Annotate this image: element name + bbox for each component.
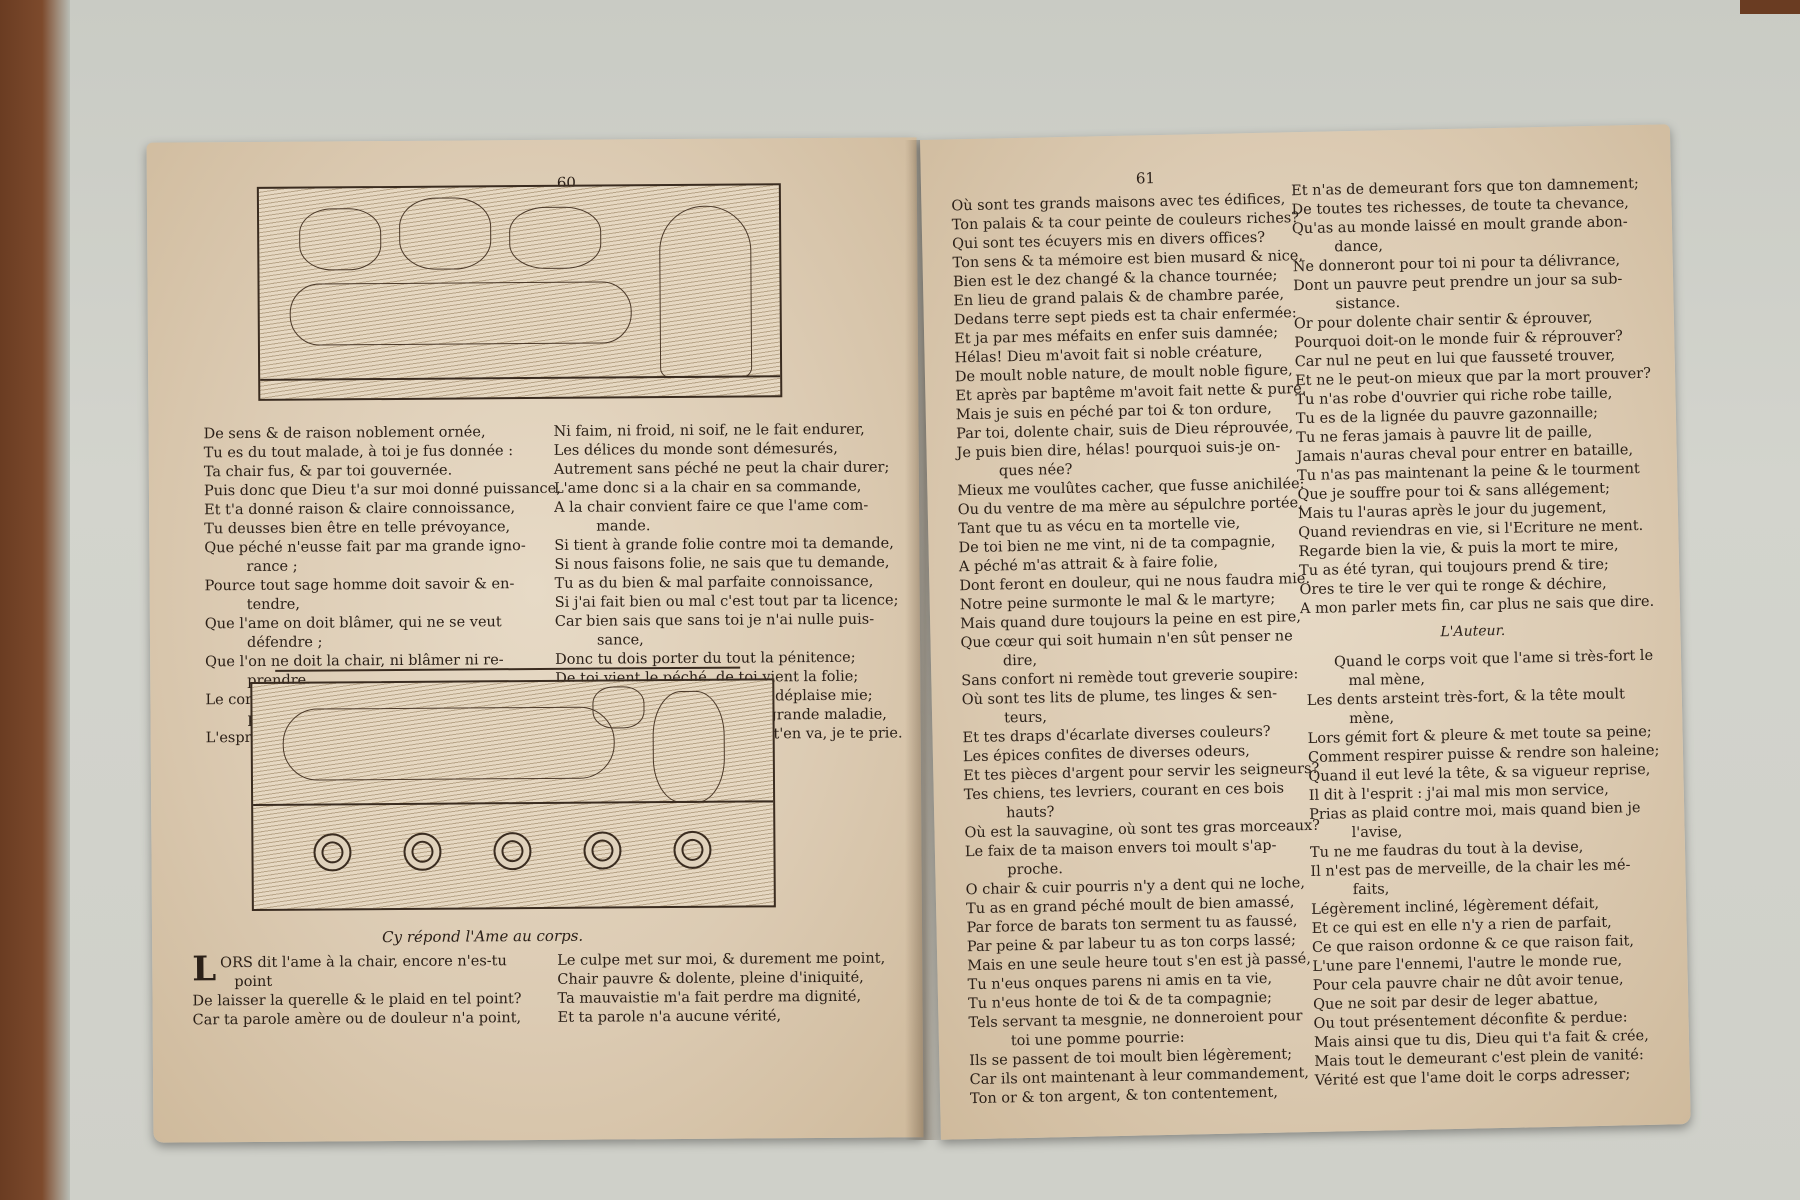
text-column-right-b: Et n'as de demeurant fors que ton damnem… xyxy=(1291,175,1656,619)
verse-line: A la chair convient faire ce que l'ame c… xyxy=(554,496,901,517)
verse-line: Et t'a donné raison & claire connoissanc… xyxy=(204,499,561,520)
verse-line: Que péché n'eusse fait par ma grande ign… xyxy=(204,537,561,558)
right-page: 61 Où sont tes grands maisons avec tes é… xyxy=(920,124,1691,1139)
rosette-ornament-icon xyxy=(403,833,441,871)
body-on-bed-icon xyxy=(290,281,632,345)
verse-line: Si tient à grande folie contre moi ta de… xyxy=(554,534,901,555)
left-page: 60 De sens & de raison noblement ornée,T… xyxy=(147,137,924,1142)
robed-figure-icon xyxy=(659,205,752,378)
verse-line: sance, xyxy=(555,629,902,650)
page-number: 61 xyxy=(1136,169,1155,187)
verse-line: Que l'ame on doit blâmer, qui ne se veut xyxy=(205,613,562,634)
text-column-right-a: Où sont tes grands maisons avec tes édif… xyxy=(951,190,1326,1109)
rosette-ornament-icon xyxy=(673,831,711,869)
illustration-caption: Cy répond l'Ame au corps. xyxy=(382,927,583,946)
verse-line: Chair pauvre & dolente, pleine d'iniquit… xyxy=(557,969,885,990)
verse-line: mande. xyxy=(554,515,901,536)
rosette-ornament-icon xyxy=(493,832,531,870)
verse-line: Car bien sais que sans toi je n'ai nulle… xyxy=(555,610,902,631)
verse-line: Si j'ai fait bien ou mal c'est tout par … xyxy=(555,591,902,612)
verse-line: Si nous faisons folie, ne sais que tu de… xyxy=(554,553,901,574)
standing-figure-icon xyxy=(652,691,725,803)
verse-line: De sens & de raison noblement ornée, xyxy=(203,423,560,444)
section-heading: L'Auteur. xyxy=(1440,623,1505,640)
verse-line: Ni faim, ni froid, ni soif, ne le fait e… xyxy=(553,420,900,441)
verse-line: Autrement sans péché ne peut la chair du… xyxy=(554,458,901,479)
verse-line: Ta mauvaistie m'a fait perdre ma dignité… xyxy=(557,988,885,1009)
text-column-bottom-b: Le culpe met sur moi, & durement me poin… xyxy=(557,950,885,1028)
body-on-tomb-icon xyxy=(282,706,614,780)
rosette-ornament-icon xyxy=(583,831,621,869)
angel-figure-icon xyxy=(299,208,381,271)
woodcut-illustration-top xyxy=(257,183,782,401)
rosette-ornament-icon xyxy=(313,833,351,871)
table-surface xyxy=(0,0,70,1200)
open-book: 60 De sens & de raison noblement ornée,T… xyxy=(150,140,1670,1145)
verse-line: Tu deusses bien être en telle prévoyance… xyxy=(204,518,561,539)
verse-line: Tu es du tout malade, à toi je fus donné… xyxy=(204,442,561,463)
verse-line: Pource tout sage homme doit savoir & en- xyxy=(205,575,562,596)
verse-line: L'ame donc si a la chair en sa commande, xyxy=(554,477,901,498)
text-column-bottom-a: LORS dit l'ame à la chair, encore n'es-t… xyxy=(192,952,522,1030)
verse-line: rance ; xyxy=(204,556,561,577)
verse-line: tendre, xyxy=(205,594,562,615)
verse-line: De laisser la querelle & le plaid en tel… xyxy=(192,990,521,1011)
text-column-right-b2: Quand le corps voit que l'ame si très-fo… xyxy=(1306,647,1667,1091)
woodcut-illustration-bottom xyxy=(250,678,776,911)
verse-line: Le culpe met sur moi, & durement me poin… xyxy=(557,950,885,971)
verse-line: Les délices du monde sont démesurés, xyxy=(554,439,901,460)
plant-pot-icon xyxy=(592,686,644,728)
verse-line: Ta chair fus, & par toi gouvernée. xyxy=(204,461,561,482)
verse-line: Car ta parole amère ou de douleur n'a po… xyxy=(193,1009,522,1030)
verse-line: défendre ; xyxy=(205,632,562,653)
verse-line: Et ta parole n'a aucune vérité, xyxy=(558,1007,886,1028)
verse-line: Tu as du bien & mal parfaite connoissanc… xyxy=(555,572,902,593)
drop-cap: L xyxy=(192,954,216,984)
table-edge xyxy=(1740,0,1800,14)
verse-line: LORS dit l'ame à la chair, encore n'es-t… xyxy=(192,952,521,973)
verse-line: Puis donc que Dieu t'a sur moi donné pui… xyxy=(204,480,561,501)
bed-frame-rule xyxy=(260,375,780,381)
verse-line: point xyxy=(192,971,521,992)
angel-figure-icon xyxy=(399,197,492,270)
tomb-lid-rule xyxy=(253,800,773,806)
demon-figure-icon xyxy=(509,207,601,270)
